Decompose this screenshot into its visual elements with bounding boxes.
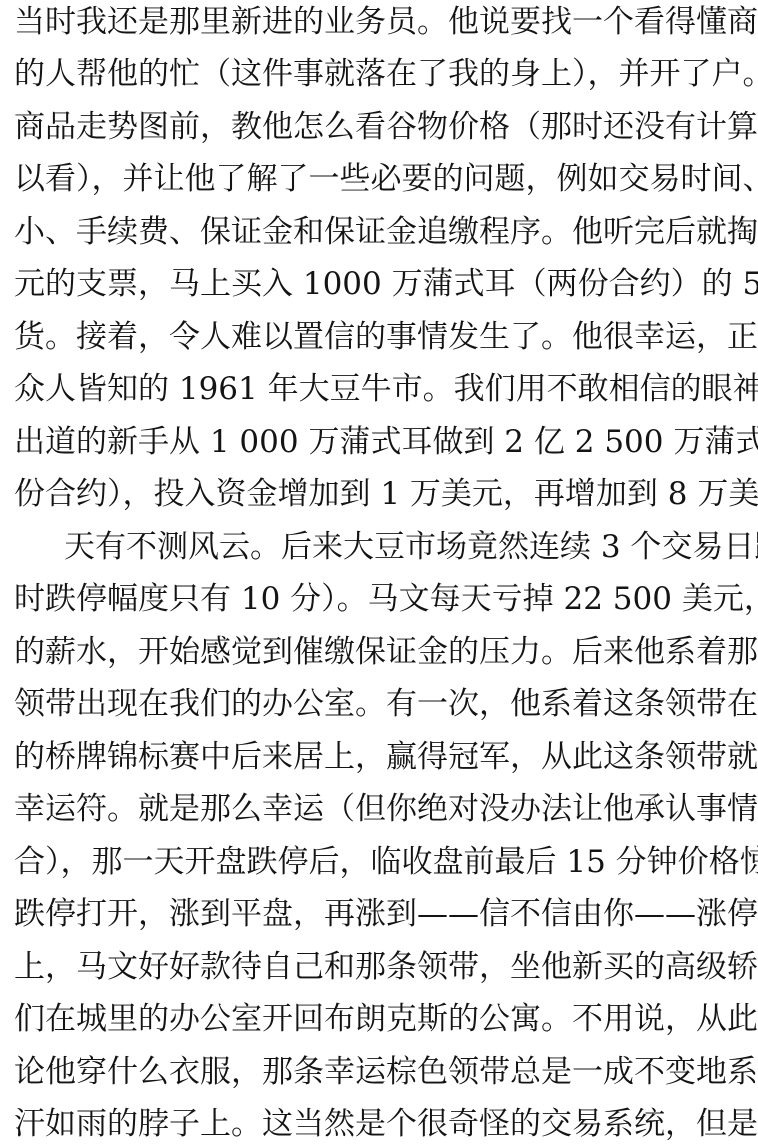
text-line: 出道的新手从 1 000 万蒲式耳做到 2 亿 2 500 万蒲式耳（2 份到 …	[14, 422, 744, 462]
text-line: 商品走势图前，教他怎么看谷物价格（那时还没有计算机屏幕可	[14, 107, 744, 147]
text-line: 领带出现在我们的办公室。有一次，他系着这条领带在某次重要	[14, 684, 744, 724]
text-line: 合），那一天开盘跌停后，临收盘前最后 15 分钟价格惊人反弹，	[14, 842, 744, 882]
text-line: 幸运符。就是那么幸运（但你绝对没办法让他承认事情纯属巧	[14, 789, 744, 829]
text-line: 以看），并让他了解了一些必要的问题，例如交易时间、合约大	[14, 159, 744, 199]
text-line: 论他穿什么衣服，那条幸运棕色领带总是一成不变地系在他那挥	[14, 1052, 744, 1092]
text-line: 的薪水，开始感觉到催缴保证金的压力。后来他系着那条幸运的	[14, 632, 744, 672]
text-line: 时跌停幅度只有 10 分）。马文每天亏掉 22 500 美元，可能是半年	[14, 579, 744, 619]
document-page: 当时我还是那里新进的业务员。他说要找一个看得懂商品走势图 的人帮他的忙（这件事就…	[0, 0, 758, 1144]
text-line: 汗如雨的脖子上。这当然是个很奇怪的交易系统，但是当事人绝	[14, 1104, 744, 1144]
text-line: 当时我还是那里新进的业务员。他说要找一个看得懂商品走势图	[14, 2, 744, 42]
text-line: 们在城里的办公室开回布朗克斯的公寓。不用说，从此以后，不	[14, 999, 744, 1039]
text-line: 的桥牌锦标赛中后来居上，赢得冠军，从此这条领带就成了他的	[14, 737, 744, 777]
text-line: 货。接着，令人难以置信的事情发生了。他很幸运，正好赶上了	[14, 317, 744, 357]
text-line: 元的支票，马上买入 1000 万蒲式耳（两份合约）的 5 月大豆期	[14, 264, 744, 304]
text-line: 的人帮他的忙（这件事就落在了我的身上），并开了户。我带他到	[14, 54, 744, 94]
text-line: 众人皆知的 1961 年大豆牛市。我们用不敢相信的眼神看着这位刚	[14, 369, 744, 409]
text-line: 小、手续费、保证金和保证金追缴程序。他听完后就掏出 5000 美	[14, 212, 744, 252]
text-line-indented: 天有不测风云。后来大豆市场竟然连续 3 个交易日跌停（当	[64, 527, 744, 567]
text-line: 上，马文好好款待自己和那条领带，坐他新买的高级轿车，从我	[14, 947, 744, 987]
text-line: 跌停打开，涨到平盘，再涨到——信不信由你——涨停。那天晚	[14, 894, 744, 934]
text-line: 份合约），投入资金增加到 1 万美元，再增加到 8 万美元。	[14, 474, 744, 514]
